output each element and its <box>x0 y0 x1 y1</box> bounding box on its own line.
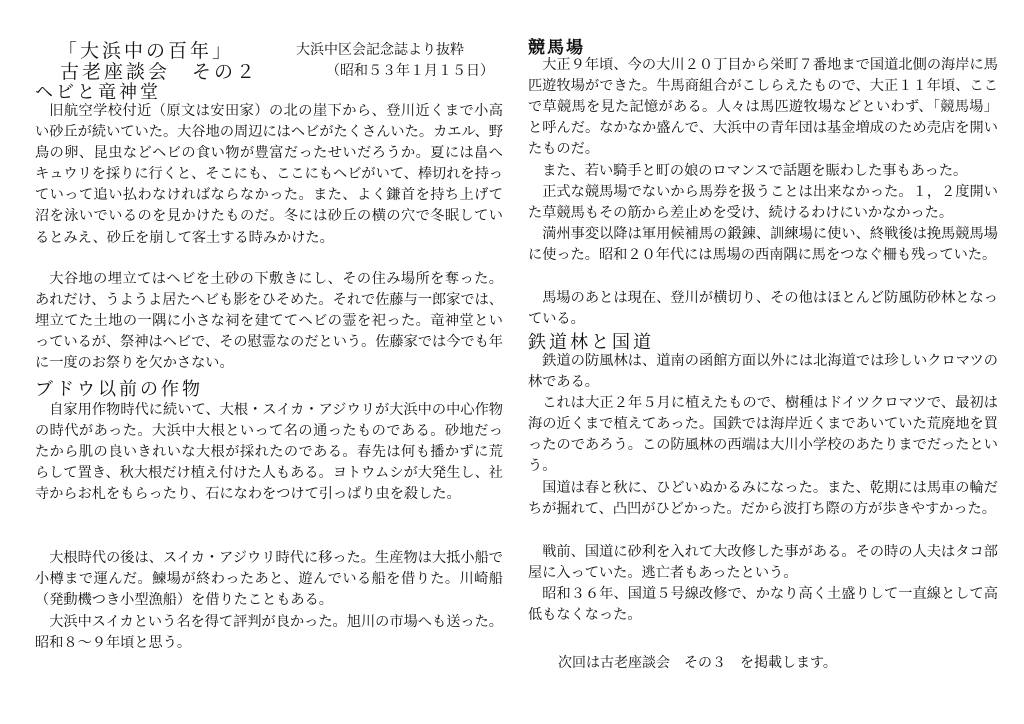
paragraph: 大根時代の後は、スイカ・アジウリ時代に移った。生産物は大抵小船で小樽まで運んだ。… <box>35 548 503 611</box>
date-label: （昭和５３年１月１５日） <box>326 60 494 80</box>
paragraph: 正式な競馬場でないから馬券を扱うことは出来なかった。１，２度開いた草競馬もその筋… <box>528 182 998 224</box>
paragraph: 大谷地の埋立てはヘビを土砂の下敷きにし、その住み場所を奪った。あれだけ、うようよ… <box>35 269 503 374</box>
paragraph: 満州事変以降は軍用候補馬の鍛錬、訓練場に使い、終戦後は挽馬競馬場に使った。昭和２… <box>528 224 998 266</box>
paragraph: 戦前、国道に砂利を入れて大改修した事がある。その時の人夫はタコ部屋に入っていた。… <box>528 542 998 584</box>
paragraph: 昭和３６年、国道５号線改修で、かなり高く土盛りして一直線として高低もなくなった。 <box>528 584 998 626</box>
paragraph: また、若い騎手と町の娘のロマンスで話題を賑わした事もあった。 <box>528 161 998 182</box>
source-label: 大浜中区会記念誌より抜粋 <box>296 39 464 59</box>
paragraph: 旧航空学校付近（原文は安田家）の北の崖下から、登川近くまで小高い砂丘が続いていた… <box>35 101 503 249</box>
paragraph: 国道は春と秋に、ひどいぬかるみになった。また、乾期には馬車の輪だちが掘れて、凸凹… <box>528 478 998 520</box>
paragraph: 馬場のあとは現在、登川が横切り、その他はほとんど防風防砂林となっている。 <box>528 288 998 330</box>
paragraph: これは大正２年５月に植えたもので、樹種はドイツクロマツで、最初は海の近くまで植え… <box>528 393 998 477</box>
section-heading-budou: ブドウ以前の作物 <box>35 375 203 401</box>
footer-note: 次回は古老座談会 その３ を掲載します。 <box>558 652 837 672</box>
paragraph: 自家用作物時代に続いて、大根・スイカ・アジウリが大浜中の中心作物の時代があった。… <box>35 400 503 505</box>
paragraph: 大浜中スイカという名を得て評判が良かった。旭川の市場へも送った。昭和８～９年頃と… <box>35 612 503 654</box>
paragraph: 大正９年頃、今の大川２０丁目から栄町７番地まで国道北側の海岸に馬匹遊牧場ができた… <box>528 55 998 160</box>
paragraph: 鉄道の防風林は、道南の函館方面以外には北海道では珍しいクロマツの林である。 <box>528 351 998 393</box>
